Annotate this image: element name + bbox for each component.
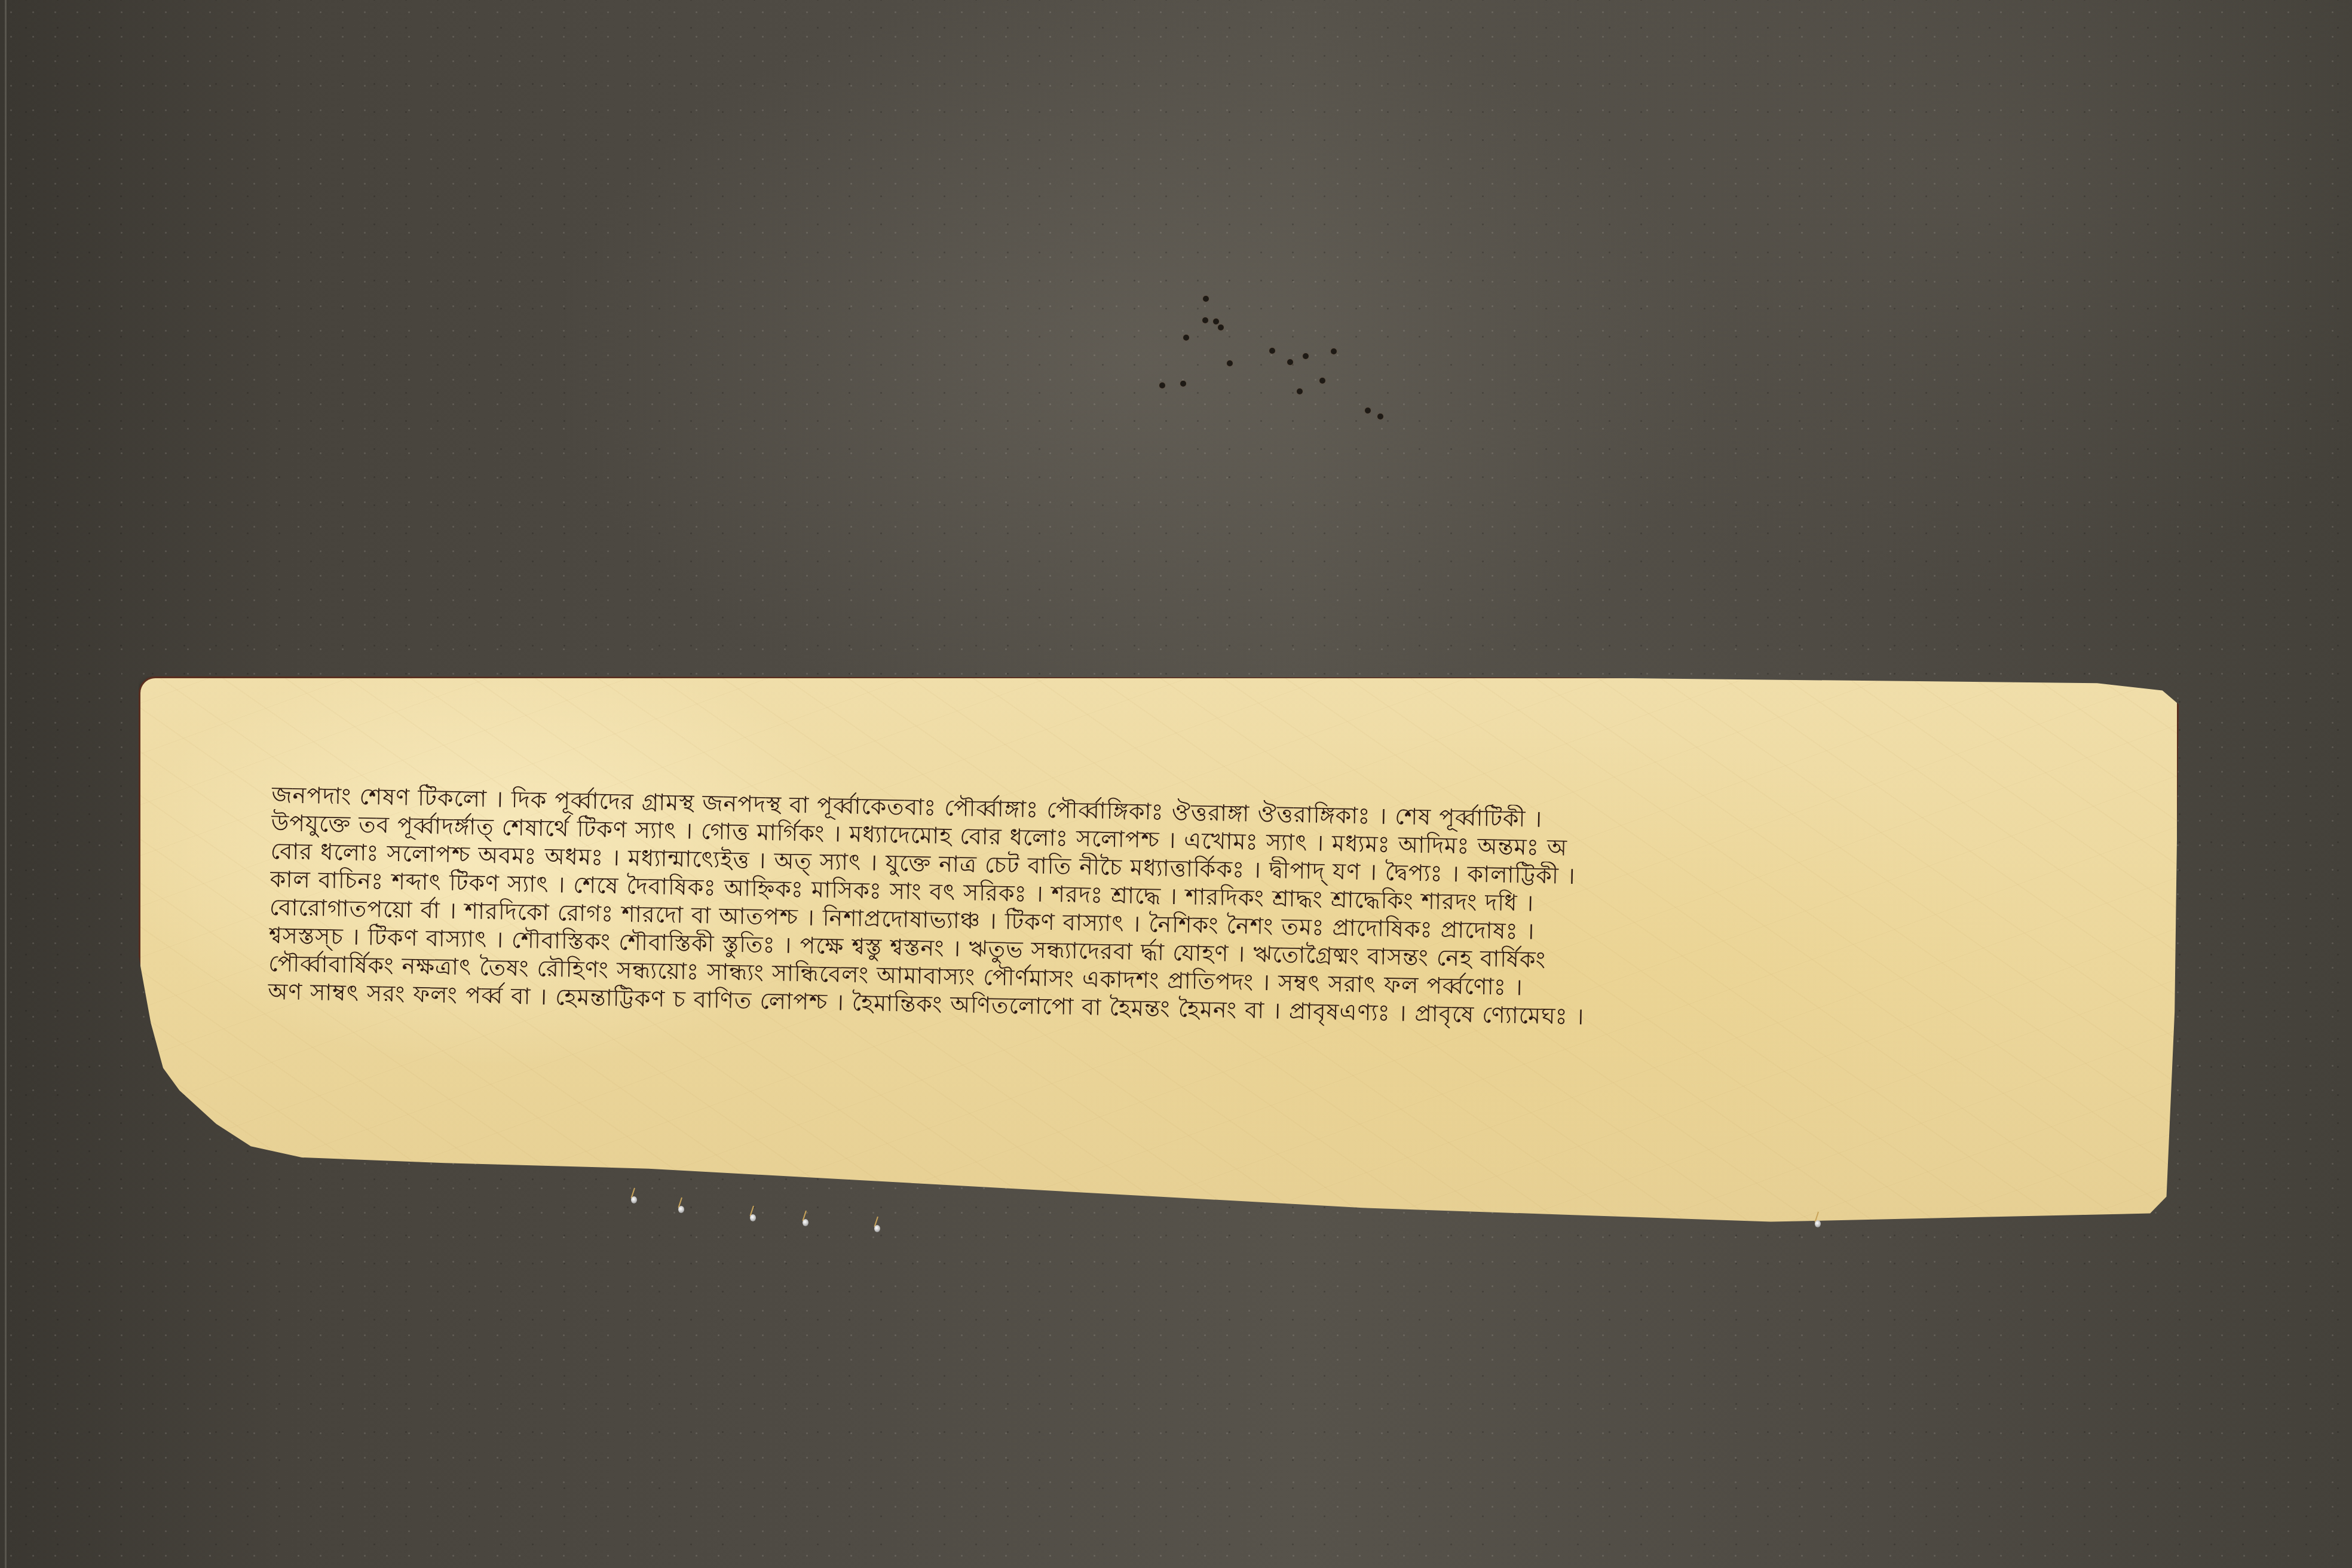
pinhole-icon: [1287, 359, 1293, 365]
pinhole-icon: [1202, 317, 1208, 323]
manuscript-text-block: জনপদাং শেষণ টিকলো । দিক পূর্ব্বাদের গ্রা…: [268, 781, 2136, 1042]
mounting-pin-icon: [750, 1206, 756, 1221]
pinhole-icon: [1269, 348, 1275, 354]
pinhole-icon: [1365, 408, 1371, 414]
mounting-pin-icon: [803, 1211, 808, 1226]
mounting-pin-icon: [874, 1217, 880, 1232]
mounting-pin-icon: [678, 1198, 684, 1213]
pinhole-icon: [1218, 324, 1224, 330]
mounting-pin-icon: [631, 1188, 637, 1203]
pinhole-icon: [1377, 414, 1383, 419]
pinhole-icon: [1159, 382, 1165, 388]
pinhole-icon: [1331, 348, 1337, 354]
pinhole-icon: [1180, 381, 1186, 387]
pinhole-icon: [1213, 318, 1219, 324]
pinhole-icon: [1227, 360, 1233, 366]
pinhole-icon: [1297, 388, 1303, 394]
pinhole-icon: [1319, 378, 1325, 384]
pinhole-icon: [1303, 353, 1309, 359]
mounting-pin-icon: [1815, 1212, 1821, 1227]
mount-board-edge: [5, 0, 7, 1568]
pinhole-icon: [1183, 335, 1189, 341]
pinhole-icon: [1203, 296, 1209, 302]
manuscript-leaf: জনপদাং শেষণ টিকলো । দিক পূর্ব্বাদের গ্রা…: [139, 676, 2179, 1236]
